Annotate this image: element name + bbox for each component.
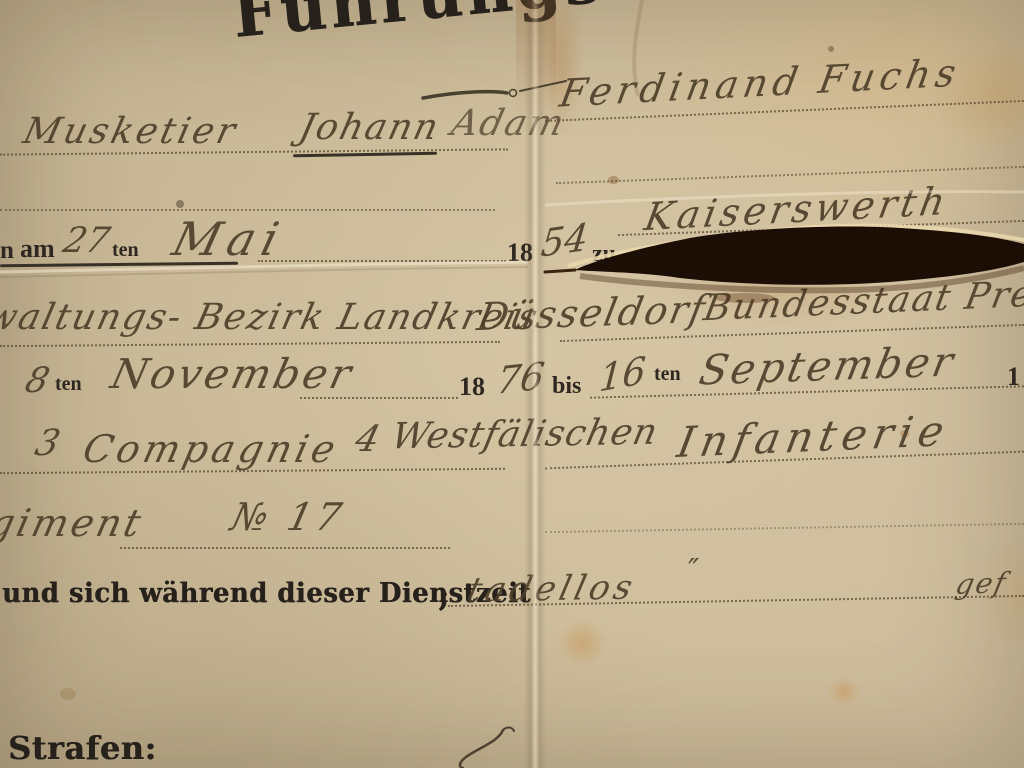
paper-stain <box>826 676 862 708</box>
regiment-name-entry: Westfälischen <box>388 415 661 456</box>
printed-am: am <box>20 236 55 262</box>
regiment-entry: giment <box>0 504 147 542</box>
printed-18: 18 <box>459 374 485 400</box>
dotted-rule <box>0 341 500 347</box>
conduct-ditto-mark: ″ <box>688 556 699 586</box>
surname-entry: Ferdinand Fuchs <box>557 53 964 112</box>
birth-day-entry: 27 <box>60 224 113 259</box>
district-entry-left: waltungs- Bezirk Landkreis <box>0 300 543 336</box>
strafen-label: Strafen: <box>8 732 157 764</box>
printed-fragment: 1 <box>1007 364 1020 390</box>
printed-ten: ten <box>55 374 82 394</box>
printed-18: 18 <box>507 240 533 266</box>
printed-ten: ten <box>112 240 139 260</box>
crease-left-shadow <box>0 267 528 277</box>
printed-zu: zu <box>592 242 616 266</box>
birth-year-entry: 54 <box>539 218 590 262</box>
dotted-rule <box>300 397 458 399</box>
paper-speckle <box>60 688 76 700</box>
company-number-entry: 3 <box>32 426 64 462</box>
regiment-number-entry: 4 <box>352 422 384 458</box>
printed-ten: ten <box>654 364 681 384</box>
service-year-entry: 76 <box>494 357 546 400</box>
birth-month-entry: Mai <box>168 216 290 262</box>
name-underline <box>293 152 437 158</box>
dotted-rule <box>120 547 450 549</box>
dotted-rule <box>556 166 1024 184</box>
first-name-entry: Johann <box>296 110 443 146</box>
ink-flourish <box>460 727 514 768</box>
regiment-no-entry: № 17 <box>228 498 349 536</box>
service-day-entry: 8 <box>22 364 53 399</box>
printed-bis: bis <box>552 374 581 398</box>
tear-tail <box>545 270 575 272</box>
dotted-rule <box>545 523 1024 533</box>
conduct-entry: tadellos <box>464 570 639 607</box>
discharge-day-entry: 16 <box>598 351 647 397</box>
dotted-rule <box>0 209 495 211</box>
document-title: Führungs-Att <box>230 0 753 47</box>
conduct-semicolon: ; <box>438 582 450 612</box>
document-photo: Führungs-Att Musketier Johann Adam Ferdi… <box>0 0 1024 768</box>
discharge-month-entry: September <box>696 341 959 391</box>
conduct-edge-fragment: gef <box>953 569 1010 599</box>
dotted-rule <box>258 260 506 262</box>
printed-fragment: n <box>0 238 14 263</box>
middle-name-entry: Adam <box>448 106 569 142</box>
paper-speckle <box>828 46 834 52</box>
conduct-printed-text: und sich während dieser Dienstzeit <box>2 580 531 607</box>
paper-stain <box>556 618 608 668</box>
company-entry: Compagnie <box>80 430 343 468</box>
service-month-entry: November <box>107 354 357 395</box>
paper-speckle <box>176 200 184 208</box>
rank-entry: Musketier <box>20 114 241 150</box>
district-city-entry: Düsseldorf <box>474 290 709 336</box>
